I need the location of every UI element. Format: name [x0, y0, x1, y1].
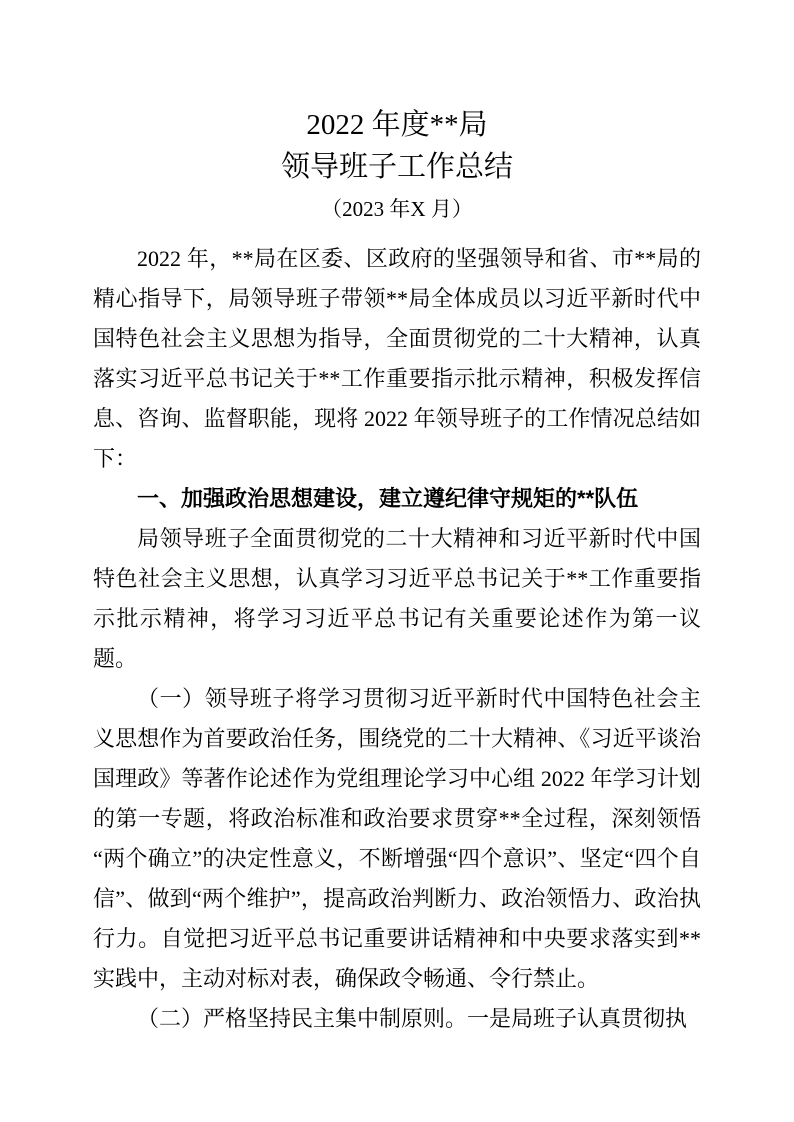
document-title-line1: 2022 年度**局 [93, 104, 701, 146]
paragraph: （一）领导班子将学习贯彻习近平新时代中国特色社会主义思想作为首要政治任务，围绕党… [93, 679, 701, 999]
document-title-line2: 领导班子工作总结 [93, 146, 701, 188]
paragraph: 局领导班子全面贯彻党的二十大精神和习近平新时代中国特色社会主义思想，认真学习习近… [93, 519, 701, 679]
document-date-line: （2023 年X 月） [93, 188, 701, 230]
paragraph: 2022 年，**局在区委、区政府的坚强领导和省、市**局的精心指导下，局领导班… [93, 239, 701, 479]
document-page: 2022 年度**局 领导班子工作总结 （2023 年X 月） 2022 年，*… [0, 0, 794, 1122]
paragraph: （二）严格坚持民主集中制原则。一是局班子认真贯彻执 [93, 999, 701, 1039]
document-body: 2022 年，**局在区委、区政府的坚强领导和省、市**局的精心指导下，局领导班… [93, 239, 701, 1039]
section-heading: 一、加强政治思想建设，建立遵纪律守规矩的**队伍 [93, 479, 701, 519]
document-title-block: 2022 年度**局 领导班子工作总结 （2023 年X 月） [93, 104, 701, 230]
